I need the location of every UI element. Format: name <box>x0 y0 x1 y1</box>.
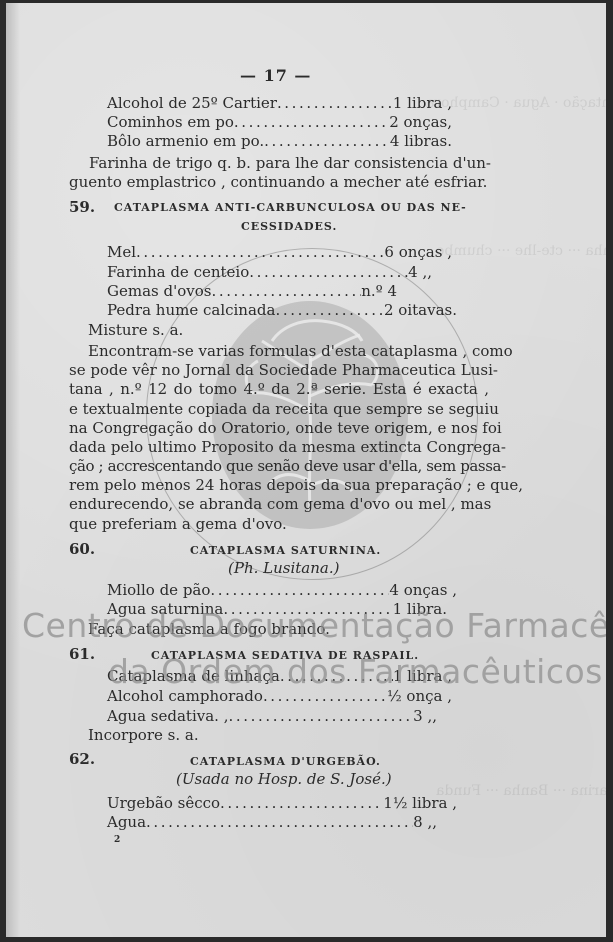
instruction-line: Farinha de trigo q. b. para lhe dar cons… <box>89 154 491 172</box>
ingredient-qty: 1 libra , <box>393 94 452 112</box>
show-through-text: Farinha ··· cte-lhe ··· chumbo <box>436 243 606 259</box>
ingredient-qty: 6 onças , <box>384 243 452 261</box>
ingredient-row: Mel ....................................… <box>107 243 452 261</box>
ingredient-row: Bôlo armenio em po. ....................… <box>107 132 452 150</box>
recipe-number: 60. <box>69 540 95 558</box>
note-line: Encontram-se varias formulas d'esta cata… <box>88 342 490 360</box>
note-line: tana , n.º 12 do tomo 4.º da 2.ª serie. … <box>69 380 489 398</box>
ingredient-name: Urgebão sêcco <box>107 794 220 812</box>
recipe-source: (Usada no Hosp. de S. José.) <box>176 770 392 788</box>
recipe-title: CATAPLASMA ANTI-CARBUNCULOSA OU DAS NE- <box>114 199 467 217</box>
ingredient-name: Gemas d'ovos <box>107 282 211 300</box>
ingredient-name: Bôlo armenio em po. <box>107 132 264 150</box>
ingredient-row: Miollo de pão ..........................… <box>107 581 457 599</box>
leader-dots: ........................................… <box>210 581 389 599</box>
ingredient-name: Agua <box>107 813 146 831</box>
note-line: se pode vêr no Jornal da Sociedade Pharm… <box>69 361 489 379</box>
instruction-line: guento emplastrico , continuando a meche… <box>69 173 473 191</box>
ingredient-name: Mel <box>107 243 136 261</box>
leader-dots: ........................................… <box>249 263 408 281</box>
leader-dots: ........................................… <box>136 243 384 261</box>
show-through-text: Estearina ··· Banha ··· Funda <box>436 783 606 799</box>
ingredient-name: Miollo de pão <box>107 581 210 599</box>
recipe-number: 61. <box>69 645 95 663</box>
leader-dots: ........................................… <box>228 707 413 725</box>
watermark-line-1: Centro de Documentação Farmacêutica <box>22 606 606 645</box>
ingredient-name: Cominhos em po <box>107 113 234 131</box>
watermark-line-2: da Ordem dos Farmacêuticos <box>108 652 603 691</box>
ingredient-row: Cominhos em po .........................… <box>107 113 452 131</box>
ingredient-qty: 3 ,, <box>413 707 437 725</box>
ingredient-row: Agua sedativa. , .......................… <box>107 707 437 725</box>
leader-dots: ........................................… <box>277 94 393 112</box>
ingredient-qty: 4 ,, <box>408 263 432 281</box>
page-number: — 17 — <box>240 67 311 85</box>
instruction-line: Misture s. a. <box>88 321 183 339</box>
ingredient-name: Pedra hume calcinada <box>107 301 275 319</box>
ingredient-name: Alcohol de 25º Cartier <box>107 94 277 112</box>
ingredient-qty: 4 onças , <box>389 581 457 599</box>
note-line: ção ; accrescentando que senão deve usar… <box>69 457 489 475</box>
note-line: que preferiam a gema d'ovo. <box>69 515 287 533</box>
note-line: na Congregação do Oratorio, onde teve or… <box>69 419 489 437</box>
ingredient-qty: 8 ,, <box>413 813 437 831</box>
leader-dots: ........................................… <box>234 113 389 131</box>
note-line: dada pelo ultimo Proposito da mesma exti… <box>69 438 489 456</box>
ingredient-row: Alcohol de 25º Cartier .................… <box>107 94 452 112</box>
ingredient-row: Pedra hume calcinada ...................… <box>107 301 457 319</box>
ingredient-name: Farinha de centeio <box>107 263 249 281</box>
recipe-number: 59. <box>69 198 95 216</box>
book-page: Fermentação · Agua · Camphora Farinha ··… <box>6 3 606 937</box>
ingredient-qty: 4 libras. <box>390 132 452 150</box>
note-line: endurecendo, se abranda com gema d'ovo o… <box>69 495 489 513</box>
recipe-source: (Ph. Lusitana.) <box>228 559 339 577</box>
note-line: rem pelo menos 24 horas depois da sua pr… <box>69 476 489 494</box>
ingredient-qty: n.º 4 <box>361 282 397 300</box>
ingredient-name: Agua sedativa. , <box>107 707 228 725</box>
ingredient-row: Urgebão sêcco ..........................… <box>107 794 457 812</box>
recipe-title-cont: CESSIDADES. <box>241 218 337 236</box>
recipe-number: 62. <box>69 750 95 768</box>
ingredient-qty: 2 onças, <box>389 113 452 131</box>
ingredient-qty: 1½ libra , <box>383 794 457 812</box>
leader-dots: ........................................… <box>211 282 361 300</box>
leader-dots: ........................................… <box>146 813 413 831</box>
ingredient-qty: 2 oitavas. <box>384 301 457 319</box>
ingredient-row: Agua ...................................… <box>107 813 437 831</box>
ingredient-row: Gemas d'ovos ...........................… <box>107 282 397 300</box>
leader-dots: ........................................… <box>220 794 383 812</box>
recipe-title: CATAPLASMA SATURNINA. <box>190 542 381 560</box>
ingredient-row: Farinha de centeio .....................… <box>107 263 432 281</box>
show-through-text: Fermentação · Agua · Camphora <box>426 95 606 111</box>
instruction-line: Incorpore s. a. <box>88 726 199 744</box>
leader-dots: ........................................… <box>275 301 384 319</box>
recipe-title: CATAPLASMA D'URGEBÃO. <box>190 753 381 771</box>
signature-mark: 2 <box>114 831 120 849</box>
leader-dots: ........................................… <box>264 132 390 150</box>
note-line: e textualmente copiada da receita que se… <box>69 400 489 418</box>
